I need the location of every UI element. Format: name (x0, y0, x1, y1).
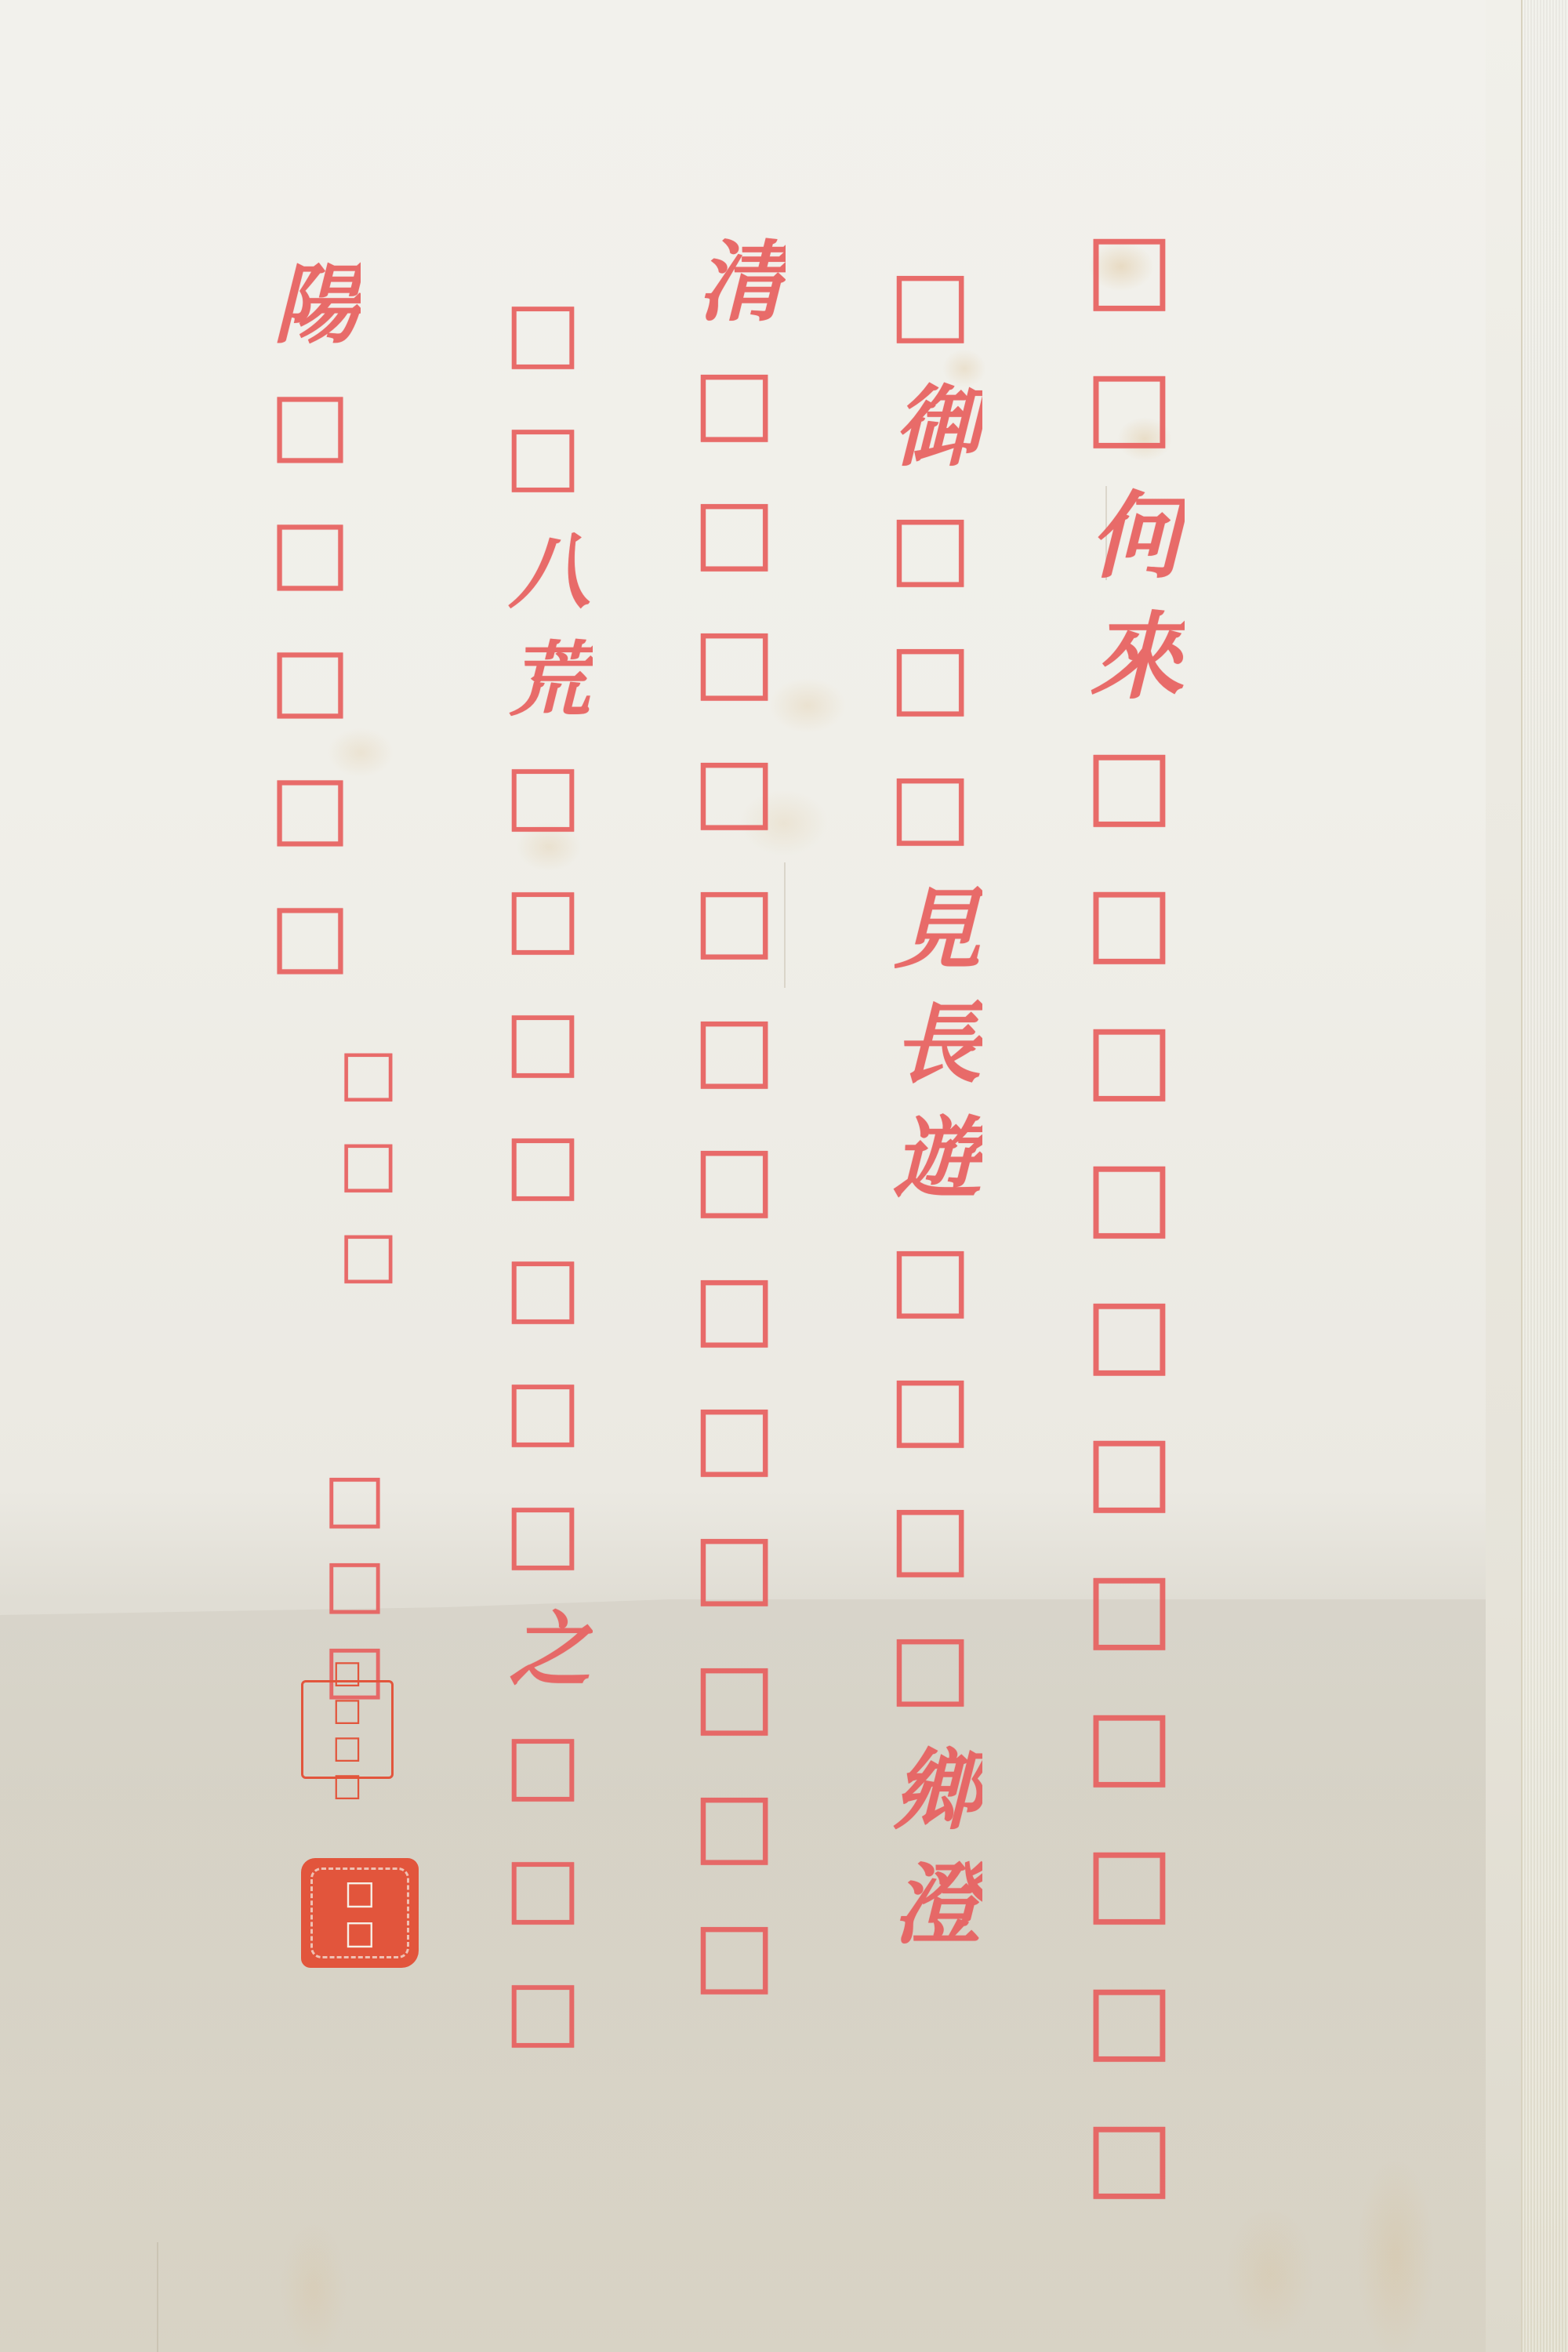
calligraphy-inscription: □□□ (337, 1035, 400, 1308)
seal-2-text: □□ (341, 1873, 379, 1953)
calligraphy-column-1: □□何來□□□□□□□□□□□ (1082, 212, 1176, 2237)
calligraphy-column-3: 清□□□□□□□□□□□□□ (690, 235, 778, 2031)
seal-stamp-intaglio: □□□□ (301, 1680, 394, 1779)
silk-mount-border (1521, 0, 1568, 2352)
calligraphy-column-4: □□八荒□□□□□□□之□□□ (502, 282, 583, 2084)
calligraphy-column-5: 陽□□□□□ (267, 259, 353, 1011)
paper-crease (157, 2242, 158, 2352)
seal-stamp-relief: □□ (301, 1858, 419, 1968)
paper-edge (1486, 0, 1521, 2352)
calligraphy-column-2: □御□□□見長遊□□□□鄉澄 (886, 251, 974, 1973)
seal-1-text: □□□□ (332, 1654, 363, 1805)
